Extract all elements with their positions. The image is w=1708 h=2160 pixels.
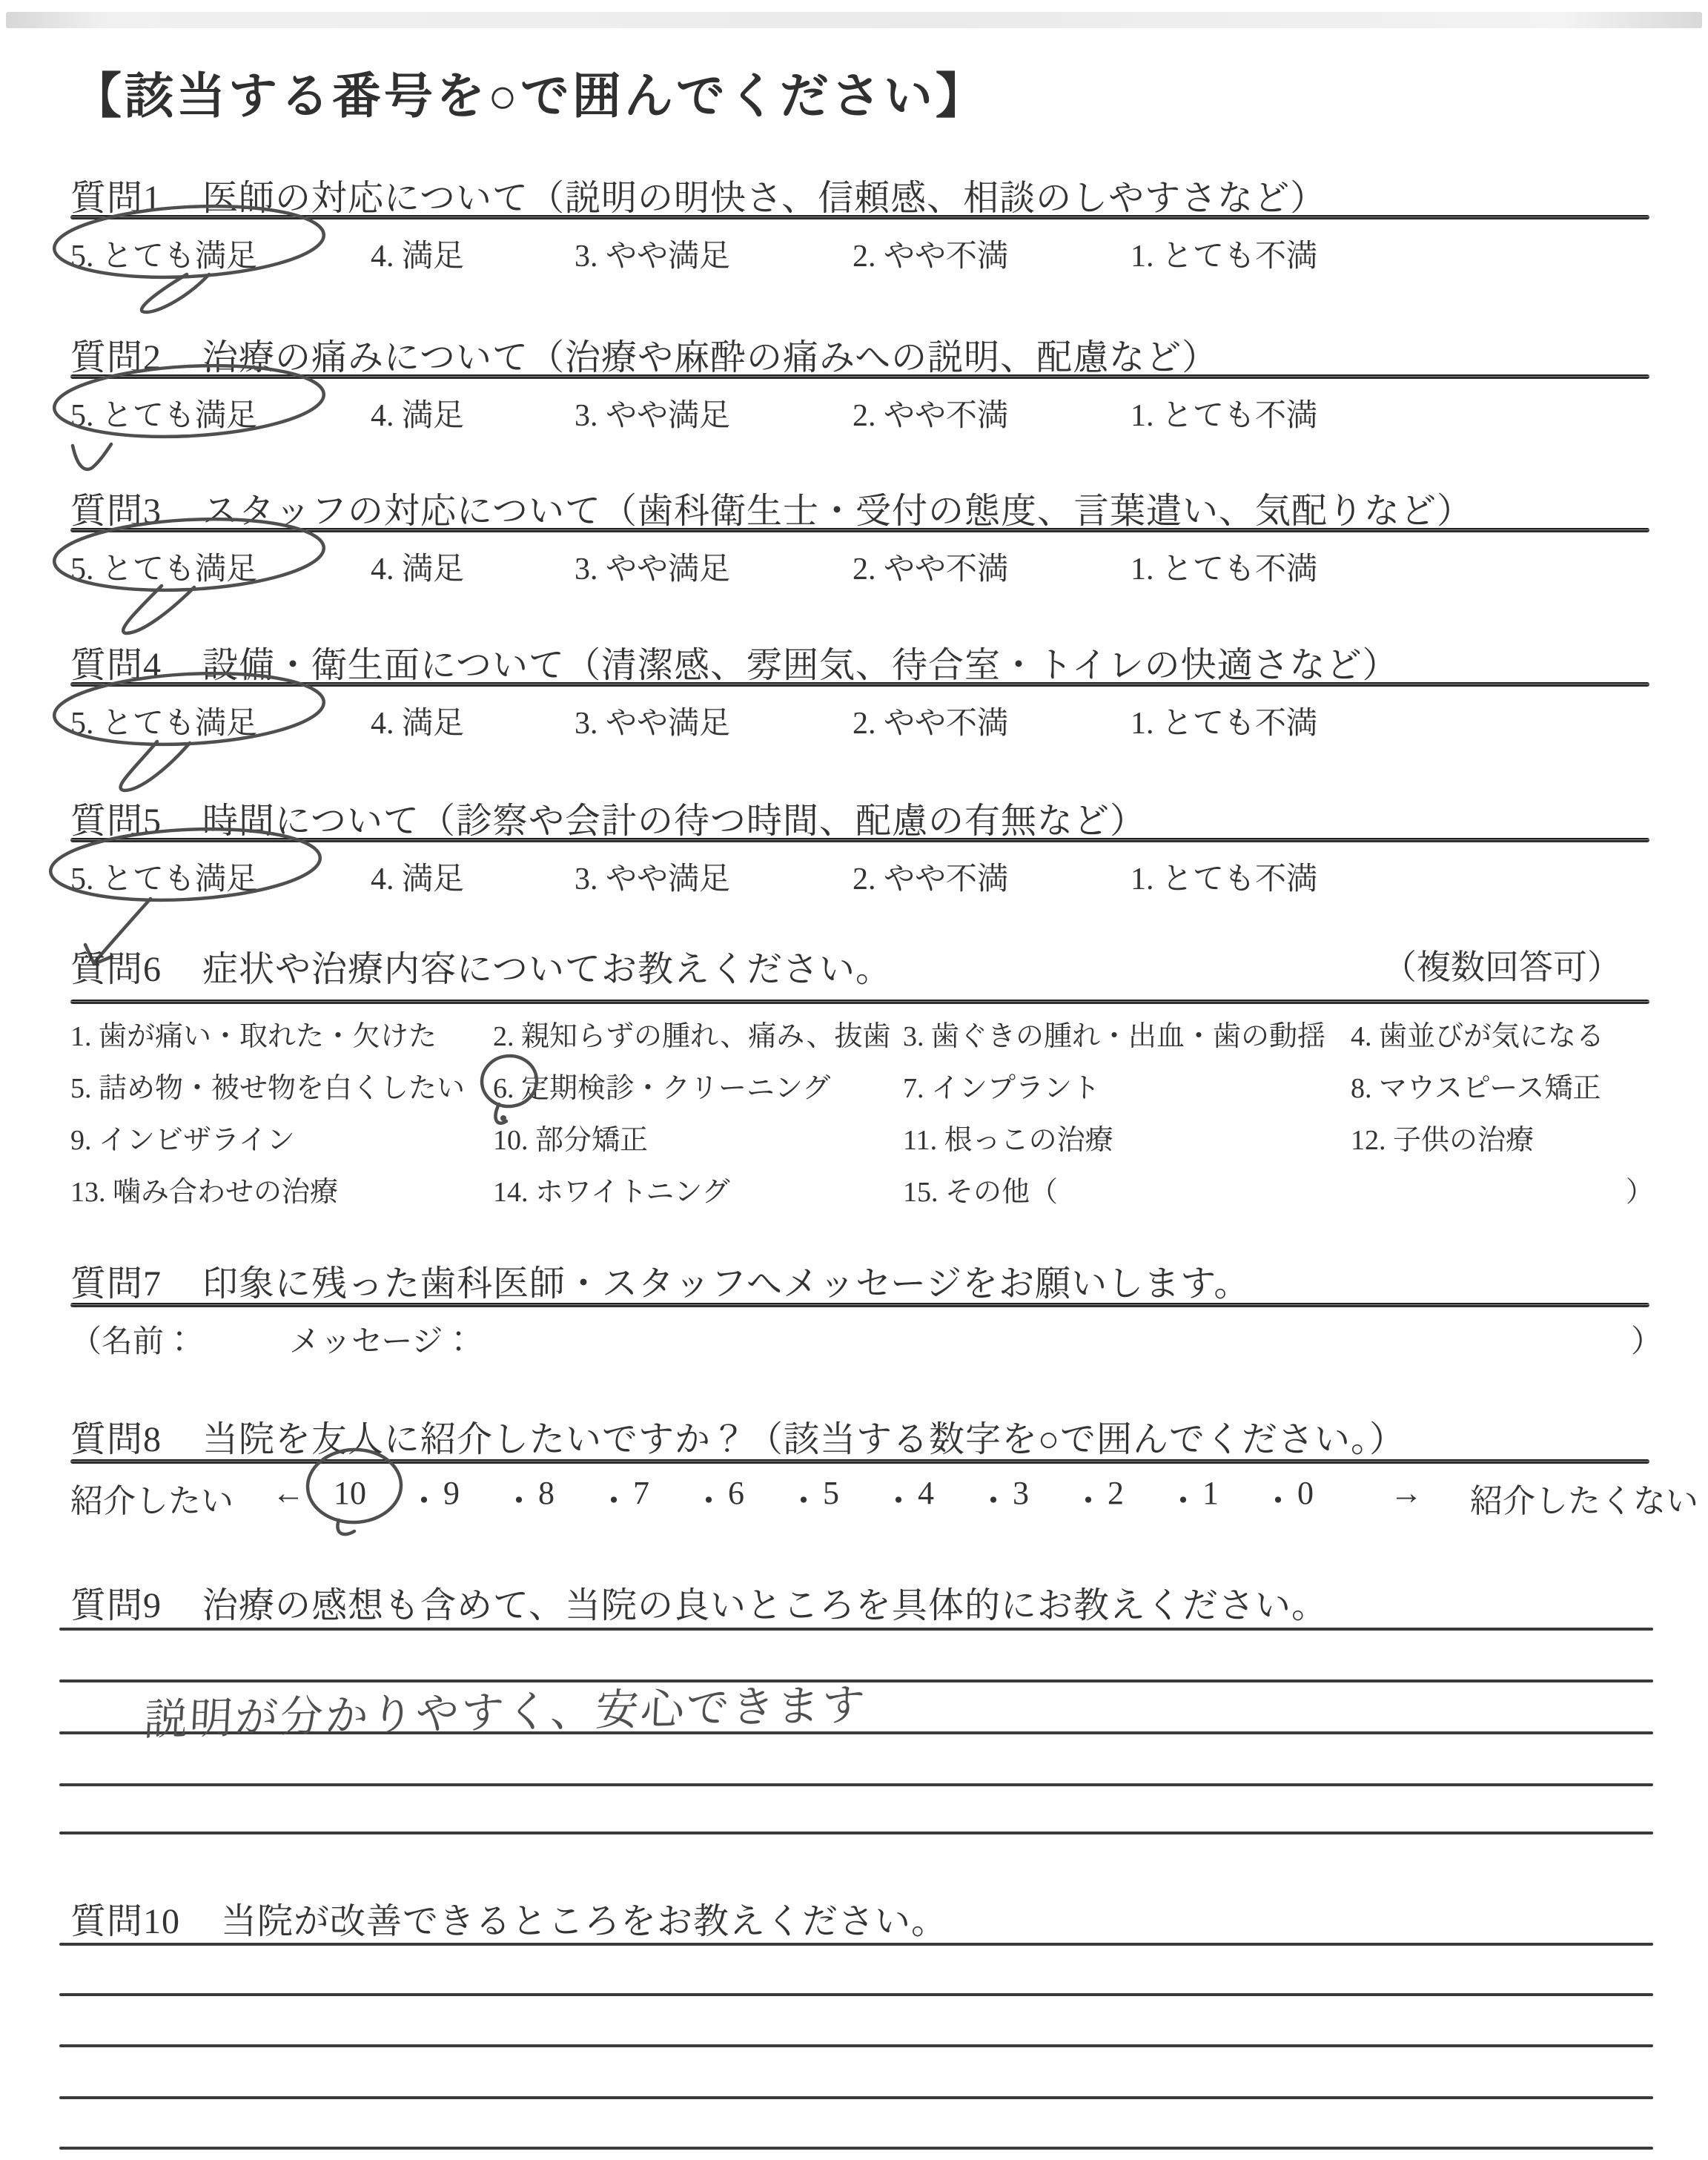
dot-separator: ・ bbox=[882, 1474, 915, 1522]
option-2-somewhat-dissatisfied: 2. やや不満 bbox=[853, 391, 1008, 435]
left-arrow-icon: ← bbox=[272, 1474, 305, 1512]
q6-other-close-paren: ） bbox=[1626, 1169, 1654, 1209]
q6-item-9: 9. インビザライン bbox=[70, 1117, 295, 1157]
right-arrow-icon: → bbox=[1390, 1474, 1423, 1512]
q6-item-1: 1. 歯が痛い・取れた・欠けた bbox=[70, 1013, 437, 1054]
question-10-heading: 質問10 当院が改善できるところをお教えください。 bbox=[70, 1892, 947, 1943]
option-5-very-satisfied: 5. とても満足 bbox=[70, 544, 257, 589]
q7-message-field-label: メッセージ： bbox=[289, 1317, 474, 1361]
question-9-label: 質問9 bbox=[70, 1586, 162, 1625]
option-4-satisfied: 4. 満足 bbox=[371, 544, 464, 589]
q6-item-3: 3. 歯ぐきの腫れ・出血・歯の動揺 bbox=[903, 1013, 1325, 1054]
multiple-answers-note: （複数回答可） bbox=[1383, 940, 1621, 989]
question-2-heading: 質問2 治療の痛みについて（治療や麻酔の痛みへの説明、配慮など） bbox=[70, 328, 1218, 380]
scan-artifact-band bbox=[6, 12, 1702, 28]
question-5-topic: 時間について（診察や会計の待つ時間、配慮の有無など） bbox=[202, 802, 1146, 841]
option-5-very-satisfied: 5. とても満足 bbox=[70, 391, 257, 435]
option-5-very-satisfied: 5. とても満足 bbox=[70, 231, 257, 276]
question-4-options: 5. とても満足 4. 満足 3. やや満足 2. やや不満 1. とても不満 bbox=[70, 698, 1649, 740]
nps-value-2: 2 bbox=[1108, 1474, 1124, 1512]
question-3-topic: スタッフの対応について（歯科衛生士・受付の態度、言葉遣い、気配りなど） bbox=[202, 492, 1473, 531]
question-1-topic: 医師の対応について（説明の明快さ、信頼感、相談のしやすさなど） bbox=[202, 179, 1326, 218]
form-title: 【該当する番号を○で囲んでください】 bbox=[73, 56, 987, 127]
nps-value-5: 5 bbox=[823, 1474, 839, 1512]
dot-separator: ・ bbox=[598, 1474, 630, 1522]
dot-separator: ・ bbox=[692, 1474, 725, 1522]
q7-answer-line: （名前： メッセージ： ） bbox=[70, 1317, 1649, 1358]
question-3-section: 質問3 スタッフの対応について（歯科衛生士・受付の態度、言葉遣い、気配りなど） … bbox=[70, 482, 1653, 636]
q7-name-field-label: （名前： bbox=[70, 1317, 195, 1361]
q6-item-11: 11. 根っこの治療 bbox=[903, 1117, 1113, 1157]
option-2-somewhat-dissatisfied: 2. やや不満 bbox=[853, 854, 1008, 899]
answer-line bbox=[59, 2096, 1653, 2099]
question-1-label: 質問1 bbox=[70, 179, 162, 218]
scanned-survey-page: 【該当する番号を○で囲んでください】 質問1 医師の対応について（説明の明快さ、… bbox=[0, 0, 1708, 2160]
question-4-heading: 質問4 設備・衛生面について（清潔感、雰囲気、待合室・トイレの快適さなど） bbox=[70, 636, 1399, 687]
divider-rule bbox=[70, 1000, 1649, 1004]
q6-item-2: 2. 親知らずの腫れ、痛み、抜歯 bbox=[493, 1013, 891, 1054]
q6-item-4: 4. 歯並びが気になる bbox=[1351, 1013, 1604, 1054]
nps-value-4: 4 bbox=[918, 1474, 934, 1512]
question-2-options: 5. とても満足 4. 満足 3. やや満足 2. やや不満 1. とても不満 bbox=[70, 391, 1649, 432]
q6-item-13: 13. 噛み合わせの治療 bbox=[70, 1169, 338, 1209]
question-2-section: 質問2 治療の痛みについて（治療や麻酔の痛みへの説明、配慮など） 5. とても満… bbox=[70, 328, 1653, 482]
dot-separator: ・ bbox=[503, 1474, 535, 1522]
option-3-somewhat-satisfied: 3. やや満足 bbox=[575, 231, 730, 276]
question-1-options: 5. とても満足 4. 満足 3. やや満足 2. やや不満 1. とても不満 bbox=[70, 231, 1649, 273]
dot-separator: ・ bbox=[1072, 1474, 1105, 1522]
option-3-somewhat-satisfied: 3. やや満足 bbox=[575, 854, 730, 899]
question-3-heading: 質問3 スタッフの対応について（歯科衛生士・受付の態度、言葉遣い、気配りなど） bbox=[70, 482, 1473, 533]
question-9-heading: 質問9 治療の感想も含めて、当院の良いところを具体的にお教えください。 bbox=[70, 1576, 1328, 1628]
question-10-section: 質問10 当院が改善できるところをお教えください。 bbox=[70, 1892, 1653, 2156]
q6-item-5: 5. 詰め物・被せ物を白くしたい bbox=[70, 1065, 465, 1106]
option-4-satisfied: 4. 満足 bbox=[371, 854, 464, 899]
question-10-topic: 当院が改善できるところをお教えください。 bbox=[221, 1902, 947, 1941]
option-1-very-dissatisfied: 1. とても不満 bbox=[1131, 854, 1317, 899]
question-1-section: 質問1 医師の対応について（説明の明快さ、信頼感、相談のしやすさなど） 5. と… bbox=[70, 169, 1653, 328]
question-8-heading: 質問8 当院を友人に紹介したいですか？（該当する数字を○で囲んでください。） bbox=[70, 1410, 1406, 1462]
question-5-options: 5. とても満足 4. 満足 3. やや満足 2. やや不満 1. とても不満 bbox=[70, 854, 1649, 896]
question-3-label: 質問3 bbox=[70, 492, 162, 531]
question-6-heading: 質問6 症状や治療内容についてお教えください。 bbox=[70, 940, 892, 991]
question-5-heading: 質問5 時間について（診察や会計の待つ時間、配慮の有無など） bbox=[70, 792, 1146, 843]
q6-item-6-circled: 6. 定期検診・クリーニング bbox=[493, 1065, 830, 1106]
nps-value-10-circled: 10 bbox=[334, 1474, 366, 1512]
question-2-topic: 治療の痛みについて（治療や麻酔の痛みへの説明、配慮など） bbox=[202, 338, 1218, 377]
question-6-topic: 症状や治療内容についてお教えください。 bbox=[202, 950, 892, 989]
question-5-section: 質問5 時間について（診察や会計の待つ時間、配慮の有無など） 5. とても満足 … bbox=[70, 792, 1653, 940]
question-7-heading: 質問7 印象に残った歯科医師・スタッフへメッセージをお願いします。 bbox=[70, 1255, 1250, 1306]
option-4-satisfied: 4. 満足 bbox=[371, 231, 464, 276]
nps-value-7: 7 bbox=[633, 1474, 649, 1512]
question-3-options: 5. とても満足 4. 満足 3. やや満足 2. やや不満 1. とても不満 bbox=[70, 544, 1649, 586]
divider-rule bbox=[70, 215, 1649, 219]
divider-rule bbox=[70, 1459, 1649, 1464]
question-6-label: 質問6 bbox=[70, 950, 162, 989]
question-7-topic: 印象に残った歯科医師・スタッフへメッセージをお願いします。 bbox=[202, 1264, 1250, 1304]
question-8-label: 質問8 bbox=[70, 1420, 162, 1459]
q6-item-14: 14. ホワイトニング bbox=[493, 1169, 730, 1209]
option-2-somewhat-dissatisfied: 2. やや不満 bbox=[853, 698, 1008, 743]
answer-line bbox=[59, 1628, 1653, 1631]
nps-value-6: 6 bbox=[728, 1474, 744, 1512]
option-5-very-satisfied: 5. とても満足 bbox=[70, 854, 257, 899]
question-7-section: 質問7 印象に残った歯科医師・スタッフへメッセージをお願いします。 （名前： メ… bbox=[70, 1255, 1653, 1366]
q6-item-7: 7. インプラント bbox=[903, 1065, 1100, 1106]
answer-line bbox=[59, 1783, 1653, 1786]
option-4-satisfied: 4. 満足 bbox=[371, 698, 464, 743]
q6-item-8: 8. マウスピース矯正 bbox=[1351, 1065, 1601, 1106]
q6-item-12: 12. 子供の治療 bbox=[1351, 1117, 1534, 1157]
question-5-label: 質問5 bbox=[70, 802, 162, 841]
nps-value-9: 9 bbox=[443, 1474, 460, 1512]
question-7-label: 質問7 bbox=[70, 1264, 162, 1304]
option-2-somewhat-dissatisfied: 2. やや不満 bbox=[853, 231, 1008, 276]
option-3-somewhat-satisfied: 3. やや満足 bbox=[575, 391, 730, 435]
answer-line bbox=[59, 1993, 1653, 1996]
divider-rule bbox=[70, 682, 1649, 687]
q6-item-15-other: 15. その他（ bbox=[903, 1169, 1058, 1209]
nps-value-8: 8 bbox=[538, 1474, 555, 1512]
question-8-section: 質問8 当院を友人に紹介したいですか？（該当する数字を○で囲んでください。） 紹… bbox=[70, 1410, 1653, 1544]
nps-value-0: 0 bbox=[1297, 1474, 1314, 1512]
option-1-very-dissatisfied: 1. とても不満 bbox=[1131, 231, 1317, 276]
nps-scale-row: 紹介したい ← 10 ・ 9 ・ 8 ・ 7 ・ 6 ・ 5 ・ 4 ・ 3 ・… bbox=[70, 1474, 1649, 1520]
answer-line bbox=[59, 2147, 1653, 2150]
option-4-satisfied: 4. 満足 bbox=[371, 391, 464, 435]
question-4-label: 質問4 bbox=[70, 646, 162, 685]
question-4-section: 質問4 設備・衛生面について（清潔感、雰囲気、待合室・トイレの快適さなど） 5.… bbox=[70, 636, 1653, 792]
answer-line bbox=[59, 1943, 1653, 1946]
question-10-label: 質問10 bbox=[70, 1902, 180, 1941]
divider-rule bbox=[70, 838, 1649, 842]
option-1-very-dissatisfied: 1. とても不満 bbox=[1131, 698, 1317, 743]
q7-close-paren: ） bbox=[1631, 1317, 1662, 1361]
dot-separator: ・ bbox=[1167, 1474, 1199, 1522]
answer-line bbox=[59, 1832, 1653, 1834]
dot-separator: ・ bbox=[408, 1474, 440, 1522]
dot-separator: ・ bbox=[977, 1474, 1010, 1522]
answer-line bbox=[59, 2044, 1653, 2047]
question-8-topic: 当院を友人に紹介したいですか？（該当する数字を○で囲んでください。） bbox=[202, 1420, 1406, 1459]
divider-rule bbox=[70, 528, 1649, 532]
option-3-somewhat-satisfied: 3. やや満足 bbox=[575, 698, 730, 743]
question-2-label: 質問2 bbox=[70, 338, 162, 377]
option-5-very-satisfied: 5. とても満足 bbox=[70, 698, 257, 743]
nps-value-1: 1 bbox=[1202, 1474, 1219, 1512]
question-4-topic: 設備・衛生面について（清潔感、雰囲気、待合室・トイレの快適さなど） bbox=[202, 646, 1399, 685]
question-9-section: 質問9 治療の感想も含めて、当院の良いところを具体的にお教えください。 説明が分… bbox=[70, 1576, 1653, 1843]
nps-right-label: 紹介したくない bbox=[1470, 1474, 1698, 1522]
q6-item-10: 10. 部分矯正 bbox=[493, 1117, 648, 1157]
question-9-topic: 治療の感想も含めて、当院の良いところを具体的にお教えください。 bbox=[202, 1586, 1328, 1625]
nps-value-3: 3 bbox=[1013, 1474, 1029, 1512]
question-1-heading: 質問1 医師の対応について（説明の明快さ、信頼感、相談のしやすさなど） bbox=[70, 169, 1326, 220]
option-1-very-dissatisfied: 1. とても不満 bbox=[1131, 544, 1317, 589]
dot-separator: ・ bbox=[787, 1474, 820, 1522]
option-1-very-dissatisfied: 1. とても不満 bbox=[1131, 391, 1317, 435]
option-3-somewhat-satisfied: 3. やや満足 bbox=[575, 544, 730, 589]
question-6-section: 質問6 症状や治療内容についてお教えください。 （複数回答可） 1. 歯が痛い・… bbox=[70, 940, 1653, 1215]
dot-separator: ・ bbox=[1262, 1474, 1294, 1522]
option-2-somewhat-dissatisfied: 2. やや不満 bbox=[853, 544, 1008, 589]
nps-left-label: 紹介したい bbox=[70, 1474, 234, 1522]
divider-rule bbox=[70, 1303, 1649, 1307]
divider-rule bbox=[70, 374, 1649, 379]
